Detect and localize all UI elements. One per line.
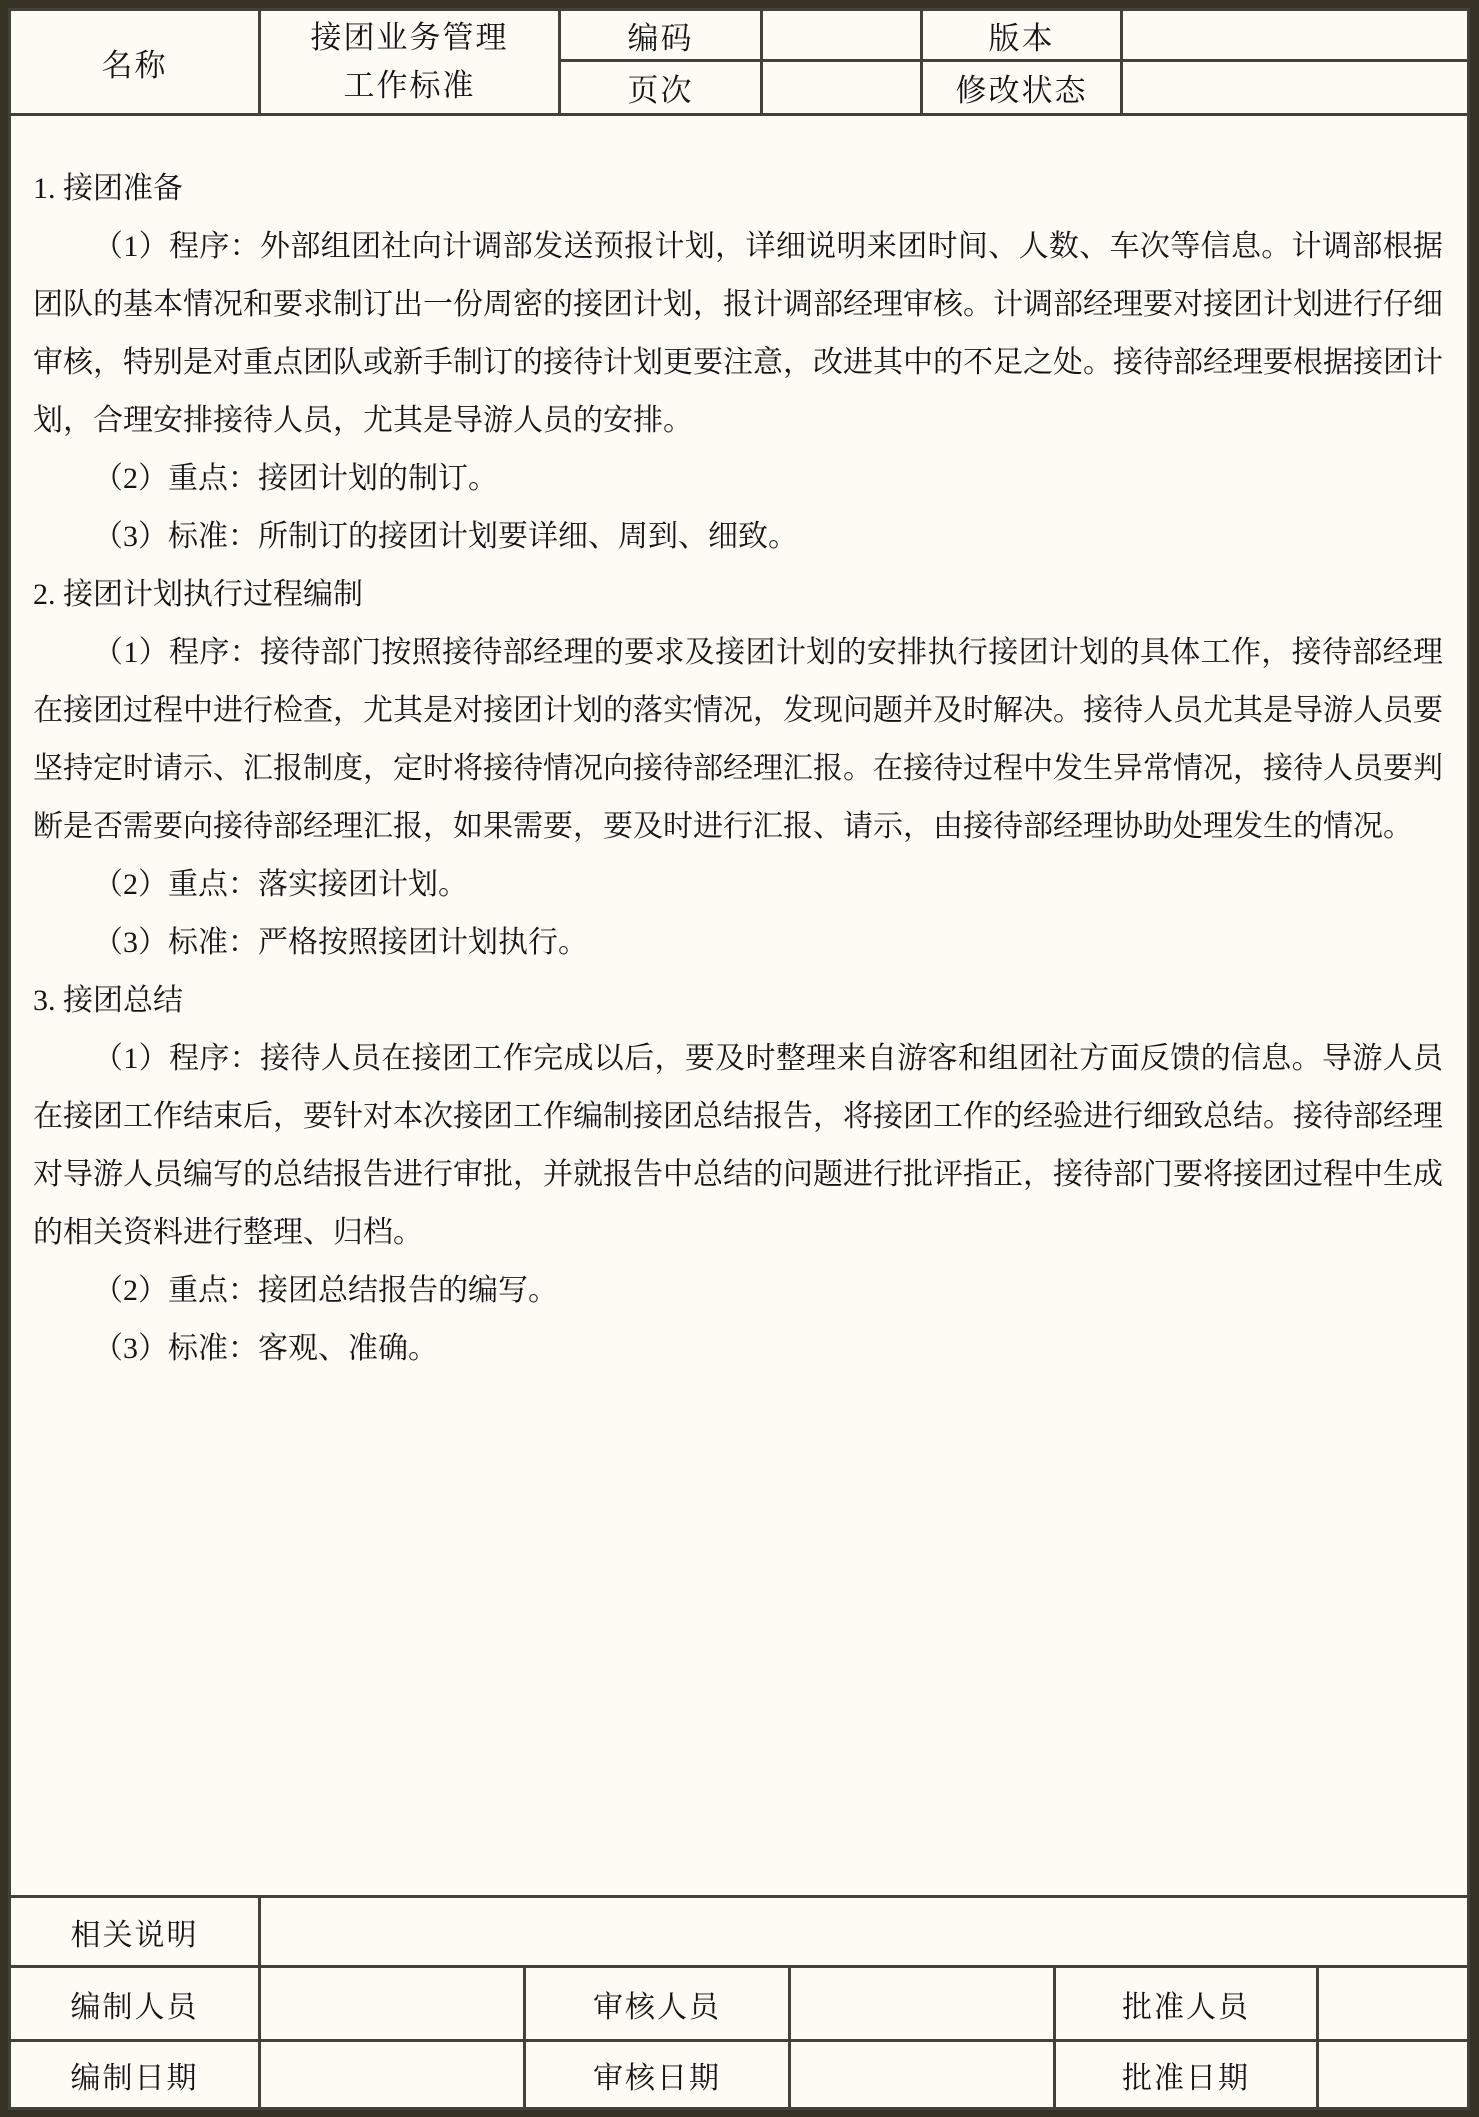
- approved-date-label: 批准日期: [1056, 2042, 1319, 2107]
- header-version-value: [1123, 11, 1467, 62]
- reviewed-by-value: [791, 1968, 1056, 2042]
- reviewed-by-label: 审核人员: [526, 1968, 791, 2042]
- doc-title-line1: 接团业务管理: [311, 14, 509, 62]
- prepared-by-label: 编制人员: [11, 1968, 261, 2042]
- approved-by-value: [1319, 1968, 1467, 2042]
- notes-label: 相关说明: [11, 1898, 261, 1968]
- header-revision-label: 修改状态: [923, 62, 1123, 113]
- section-2-keypoint: （2）重点：落实接团计划。: [33, 856, 1443, 914]
- section-3-heading: 3. 接团总结: [33, 972, 1443, 1030]
- header-revision-value: [1123, 62, 1467, 113]
- section-2-heading: 2. 接团计划执行过程编制: [33, 566, 1443, 624]
- prepared-by-value: [261, 1968, 526, 2042]
- header-table: 名称 接团业务管理 工作标准 编码 版本 页次 修改状态: [11, 11, 1467, 116]
- section-2-standard: （3）标准：严格按照接团计划执行。: [33, 914, 1443, 972]
- reviewed-date-label: 审核日期: [526, 2042, 791, 2107]
- header-version-label: 版本: [923, 11, 1123, 62]
- header-name-label: 名称: [11, 11, 261, 113]
- header-code-label: 编码: [561, 11, 763, 62]
- document-frame: 名称 接团业务管理 工作标准 编码 版本 页次 修改状态 1. 接团准备 （1）…: [8, 8, 1470, 2110]
- section-1-procedure: （1）程序：外部组团社向计调部发送预报计划，详细说明来团时间、人数、车次等信息。…: [33, 218, 1443, 450]
- prepared-date-value: [261, 2042, 526, 2107]
- document-page: 名称 接团业务管理 工作标准 编码 版本 页次 修改状态 1. 接团准备 （1）…: [0, 0, 1479, 2117]
- doc-title-line2: 工作标准: [344, 62, 476, 110]
- section-2-procedure: （1）程序：接待部门按照接待部经理的要求及接团计划的安排执行接团计划的具体工作，…: [33, 624, 1443, 856]
- section-3-procedure: （1）程序：接待人员在接团工作完成以后，要及时整理来自游客和组团社方面反馈的信息…: [33, 1030, 1443, 1262]
- approved-date-value: [1319, 2042, 1467, 2107]
- section-1-keypoint: （2）重点：接团计划的制订。: [33, 450, 1443, 508]
- section-3-keypoint: （2）重点：接团总结报告的编写。: [33, 1262, 1443, 1320]
- prepared-date-label: 编制日期: [11, 2042, 261, 2107]
- document-body: 1. 接团准备 （1）程序：外部组团社向计调部发送预报计划，详细说明来团时间、人…: [11, 116, 1467, 1895]
- approved-by-label: 批准人员: [1056, 1968, 1319, 2042]
- header-doc-title: 接团业务管理 工作标准: [261, 11, 561, 113]
- notes-value: [261, 1898, 1467, 1968]
- header-code-value: [763, 11, 923, 62]
- section-3-standard: （3）标准：客观、准确。: [33, 1320, 1443, 1378]
- reviewed-date-value: [791, 2042, 1056, 2107]
- footer-table: 相关说明 编制人员 审核人员 批准人员 编制日期 审核日期 批准日期: [11, 1895, 1467, 2107]
- section-1-heading: 1. 接团准备: [33, 160, 1443, 218]
- header-page-label: 页次: [561, 62, 763, 113]
- header-page-value: [763, 62, 923, 113]
- section-1-standard: （3）标准：所制订的接团计划要详细、周到、细致。: [33, 508, 1443, 566]
